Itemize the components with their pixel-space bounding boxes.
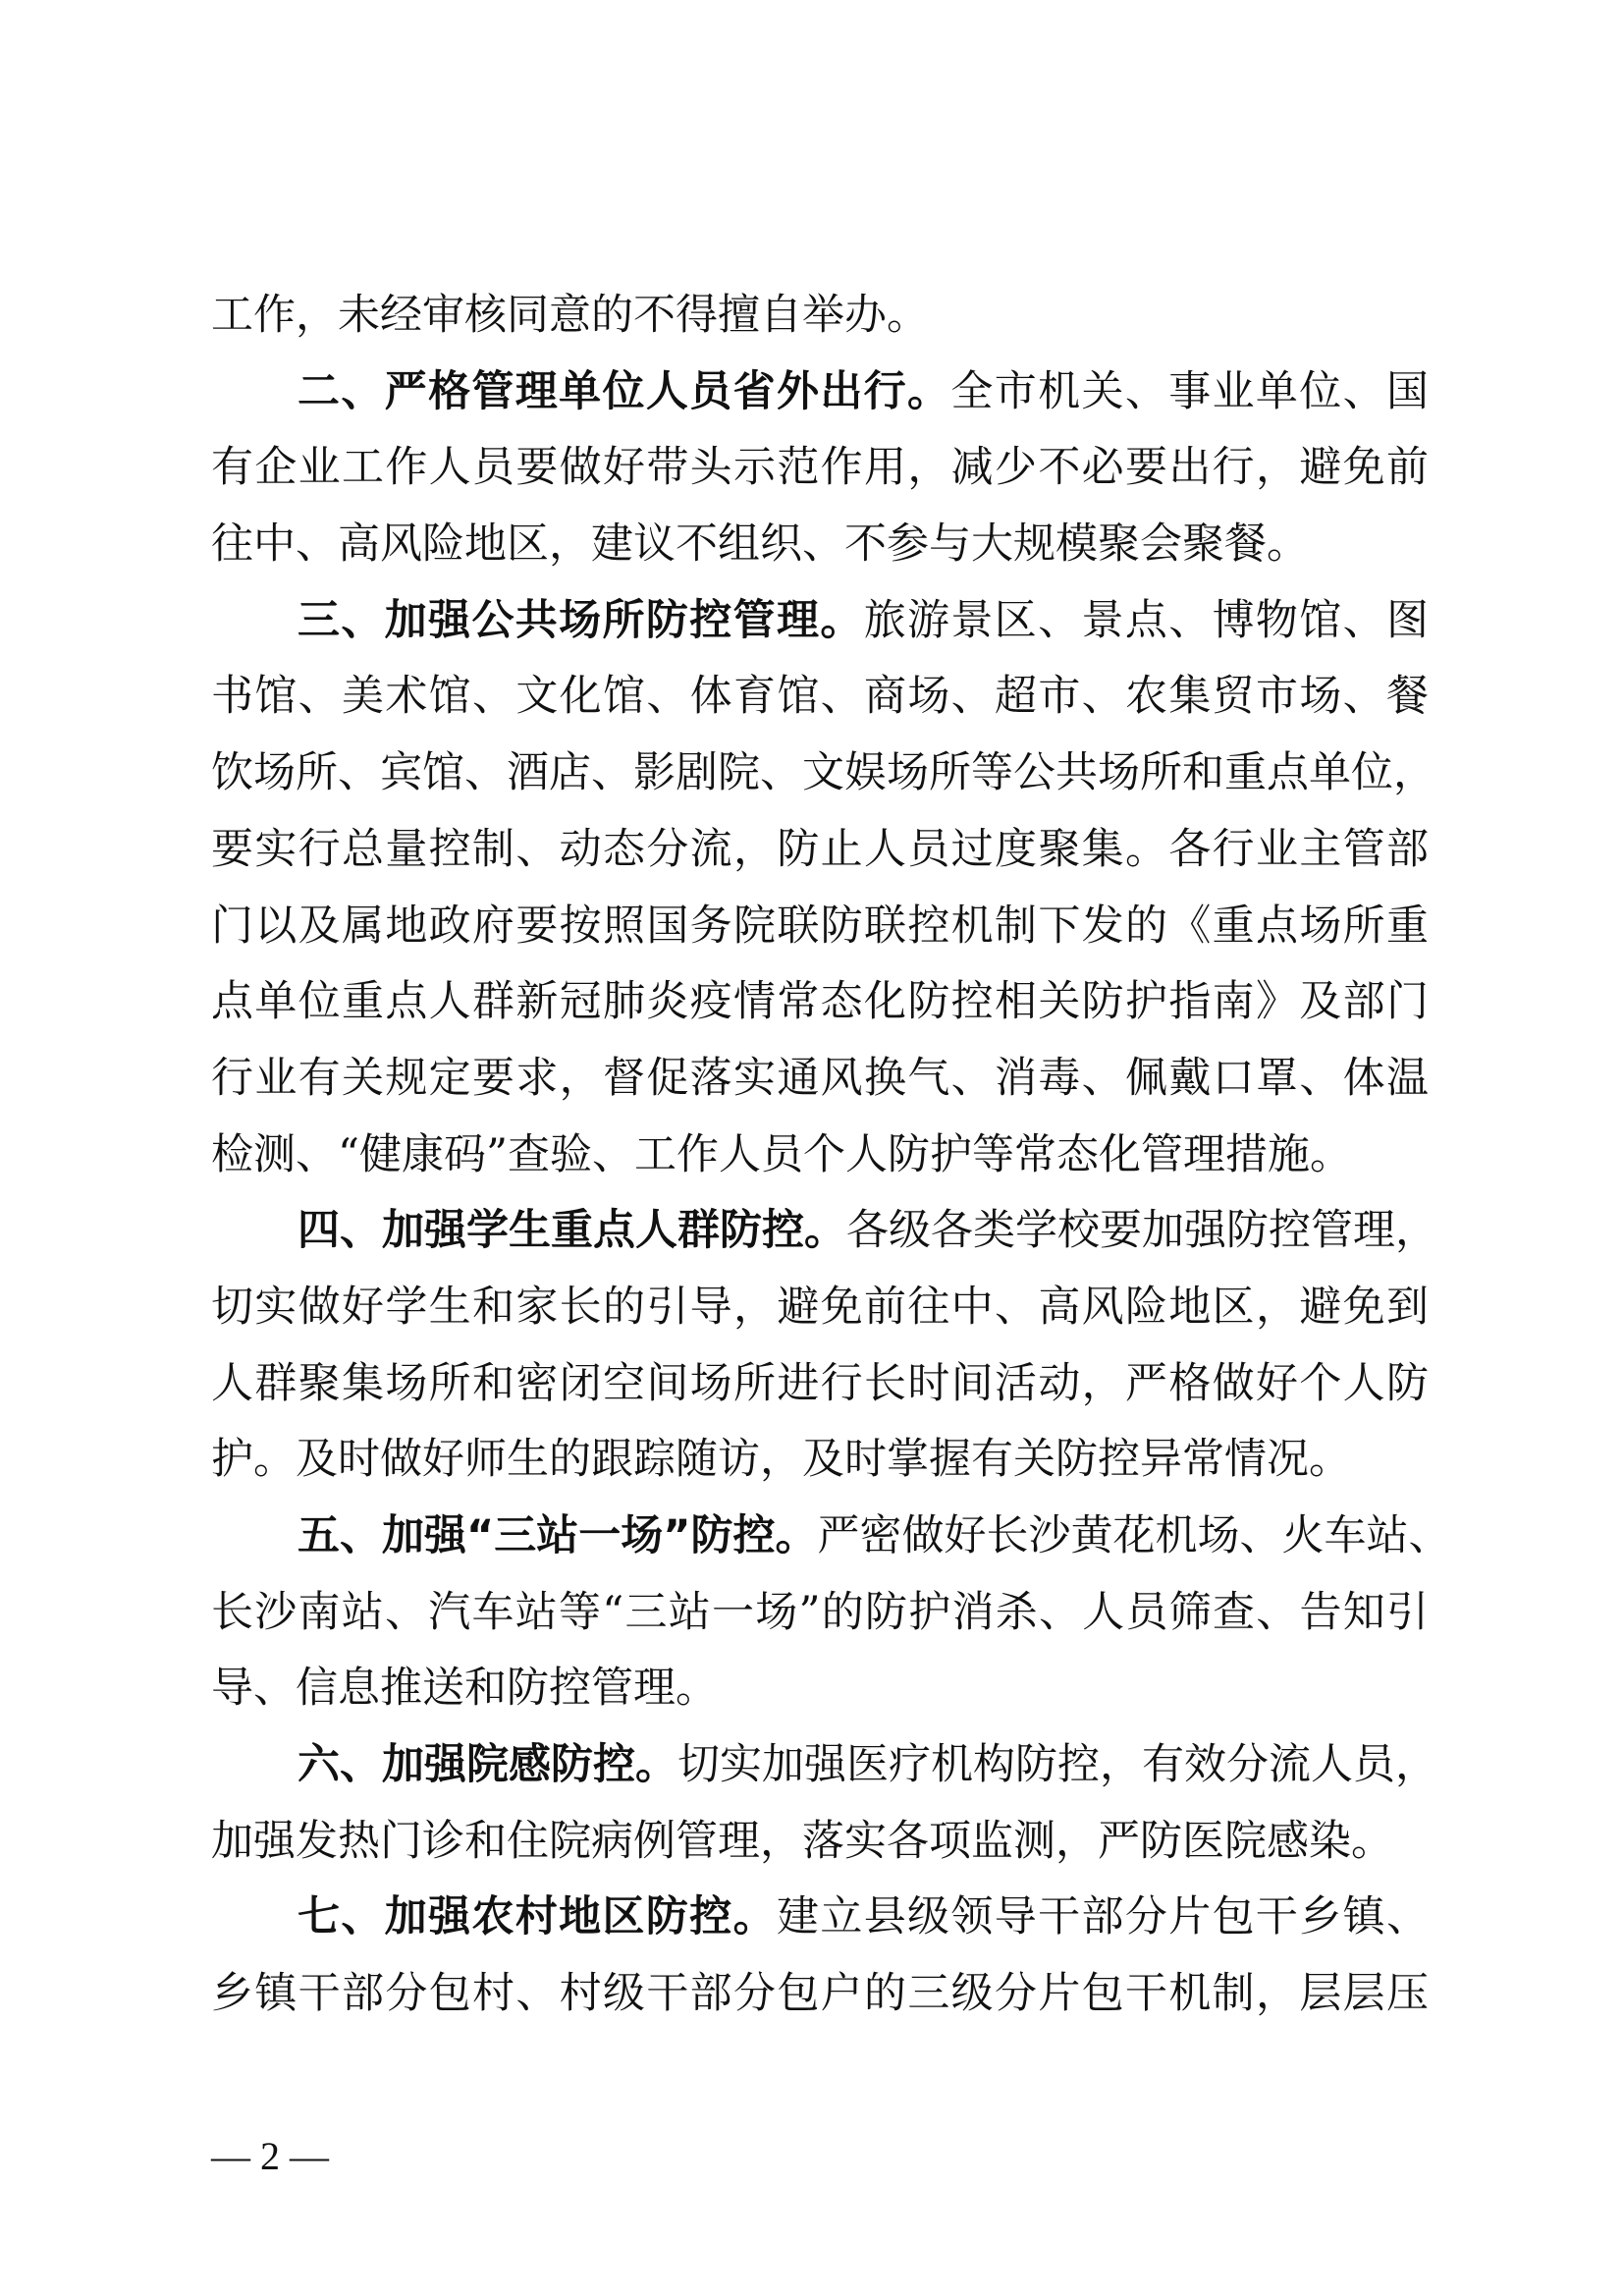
line-text: 建立县级领导干部分片包干乡镇、	[777, 1892, 1429, 1941]
paragraph-line: 有企业工作人员要做好带头示范作用，减少不必要出行，避免前	[211, 430, 1429, 507]
section-heading: 四、加强学生重点人群防控。	[298, 1206, 846, 1255]
paragraph-line: 人群聚集场所和密闭空间场所进行长时间活动，严格做好个人防	[211, 1346, 1429, 1423]
line-text: 旅游景区、景点、博物馆、图	[864, 596, 1429, 645]
line-text: 护。及时做好师生的跟踪随访，及时掌握有关防控异常情况。	[211, 1435, 1351, 1484]
line-text: 切实加强医疗机构防控，有效分流人员，	[677, 1740, 1437, 1789]
paragraph-line: 乡镇干部分包村、村级干部分包户的三级分片包干机制，层层压	[211, 1956, 1429, 2033]
paragraph-line: 加强发热门诊和住院病例管理，落实各项监测，严防医院感染。	[211, 1804, 1429, 1881]
section-heading-line: 五、加强“三站一场”防控。严密做好长沙黄花机场、火车站、	[211, 1499, 1429, 1575]
line-text: 加强发热门诊和住院病例管理，落实各项监测，严防医院感染。	[211, 1817, 1393, 1866]
paragraph-line: 长沙南站、汽车站等“三站一场”的防护消杀、人员筛查、告知引	[211, 1575, 1429, 1652]
paragraph-line: 往中、高风险地区，建议不组织、不参与大规模聚会聚餐。	[211, 507, 1429, 583]
section-heading-line: 二、严格管理单位人员省外出行。全市机关、事业单位、国	[211, 355, 1429, 431]
paragraph-line: 护。及时做好师生的跟踪随访，及时掌握有关防控异常情况。	[211, 1422, 1429, 1499]
line-text: 乡镇干部分包村、村级干部分包户的三级分片包干机制，层层压	[211, 1969, 1429, 2018]
paragraph-line: 点单位重点人群新冠肺炎疫情常态化防控相关防护指南》及部门	[211, 964, 1429, 1041]
line-text: 各级各类学校要加强防控管理，	[846, 1206, 1437, 1255]
line-text: 全市机关、事业单位、国	[950, 367, 1429, 416]
line-text: 工作，未经审核同意的不得擅自举办。	[211, 291, 929, 340]
line-text: 要实行总量控制、动态分流，防止人员过度聚集。各行业主管部	[211, 825, 1429, 874]
page-number: — 2 —	[211, 2133, 329, 2179]
line-text: 饮场所、宾馆、酒店、影剧院、文娱场所等公共场所和重点单位，	[211, 748, 1435, 797]
section-heading: 六、加强院感防控。	[298, 1740, 677, 1789]
section-heading-line: 三、加强公共场所防控管理。旅游景区、景点、博物馆、图	[211, 583, 1429, 660]
section-heading: 二、严格管理单位人员省外出行。	[298, 367, 950, 416]
paragraph-line: 书馆、美术馆、文化馆、体育馆、商场、超市、农集贸市场、餐	[211, 659, 1429, 736]
paragraph-line: 行业有关规定要求，督促落实通风换气、消毒、佩戴口罩、体温	[211, 1041, 1429, 1118]
paragraph-line: 检测、“健康码”查验、工作人员个人防护等常态化管理措施。	[211, 1118, 1429, 1194]
paragraph-line: 饮场所、宾馆、酒店、影剧院、文娱场所等公共场所和重点单位，	[211, 736, 1429, 812]
section-heading-line: 七、加强农村地区防控。建立县级领导干部分片包干乡镇、	[211, 1880, 1429, 1956]
line-text: 检测、“健康码”查验、工作人员个人防护等常态化管理措施。	[211, 1130, 1352, 1179]
section-heading: 五、加强“三站一场”防控。	[298, 1511, 818, 1560]
paragraph-line: 工作，未经审核同意的不得擅自举办。	[211, 278, 1429, 355]
line-text: 人群聚集场所和密闭空间场所进行长时间活动，严格做好个人防	[211, 1359, 1429, 1408]
document-body: 工作，未经审核同意的不得擅自举办。 二、严格管理单位人员省外出行。全市机关、事业…	[211, 278, 1429, 2033]
section-heading-line: 六、加强院感防控。切实加强医疗机构防控，有效分流人员，	[211, 1727, 1429, 1804]
paragraph-line: 要实行总量控制、动态分流，防止人员过度聚集。各行业主管部	[211, 812, 1429, 889]
line-text: 往中、高风险地区，建议不组织、不参与大规模聚会聚餐。	[211, 519, 1309, 569]
line-text: 行业有关规定要求，督促落实通风换气、消毒、佩戴口罩、体温	[211, 1054, 1429, 1103]
line-text: 切实做好学生和家长的引导，避免前往中、高风险地区，避免到	[211, 1283, 1429, 1332]
line-text: 长沙南站、汽车站等“三站一场”的防护消杀、人员筛查、告知引	[211, 1588, 1429, 1637]
paragraph-line: 切实做好学生和家长的引导，避免前往中、高风险地区，避免到	[211, 1270, 1429, 1346]
line-text: 点单位重点人群新冠肺炎疫情常态化防控相关防护指南》及部门	[211, 977, 1429, 1026]
section-heading: 三、加强公共场所防控管理。	[298, 596, 864, 645]
line-text: 有企业工作人员要做好带头示范作用，减少不必要出行，避免前	[211, 443, 1429, 492]
paragraph-line: 门以及属地政府要按照国务院联防联控机制下发的《重点场所重	[211, 889, 1429, 965]
line-text: 书馆、美术馆、文化馆、体育馆、商场、超市、农集贸市场、餐	[211, 672, 1429, 721]
section-heading-line: 四、加强学生重点人群防控。各级各类学校要加强防控管理，	[211, 1193, 1429, 1270]
line-text: 导、信息推送和防控管理。	[211, 1664, 718, 1713]
section-heading: 七、加强农村地区防控。	[298, 1892, 777, 1941]
document-page: 工作，未经审核同意的不得擅自举办。 二、严格管理单位人员省外出行。全市机关、事业…	[0, 0, 1623, 2296]
line-text: 门以及属地政府要按照国务院联防联控机制下发的《重点场所重	[211, 902, 1429, 951]
line-text: 严密做好长沙黄花机场、火车站、	[818, 1511, 1451, 1560]
paragraph-line: 导、信息推送和防控管理。	[211, 1651, 1429, 1727]
